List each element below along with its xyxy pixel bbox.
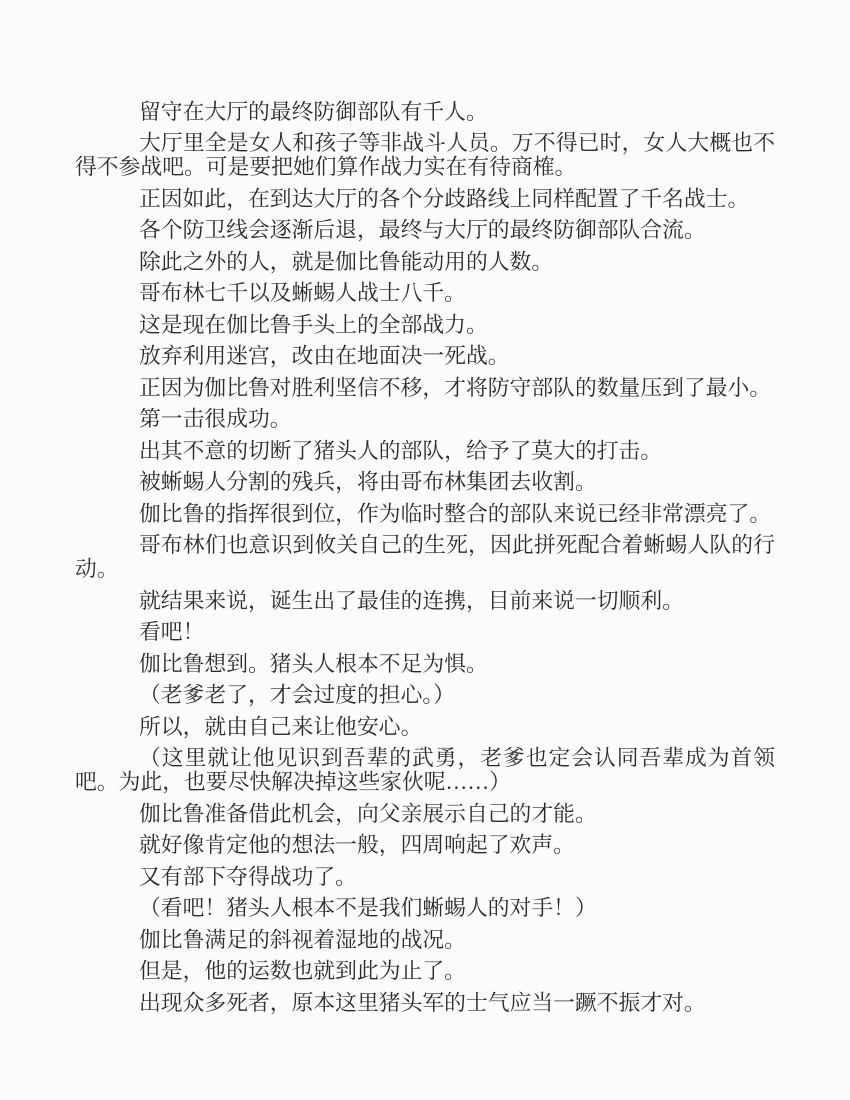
paragraph: 正因如此，在到达大厅的各个分歧路线上同样配置了千名战士。 — [75, 187, 775, 211]
paragraph: （老爹老了，才会过度的担心。） — [75, 683, 775, 707]
paragraph: 又有部下夺得战功了。 — [75, 865, 775, 889]
paragraph: 但是，他的运数也就到此为止了。 — [75, 959, 775, 983]
paragraph: 就好像肯定他的想法一般，四周响起了欢声。 — [75, 833, 775, 857]
paragraph: 伽比鲁想到。猪头人根本不足为惧。 — [75, 652, 775, 676]
paragraph: 出其不意的切断了猪头人的部队，给予了莫大的打击。 — [75, 439, 775, 463]
paragraph: 正因为伽比鲁对胜利坚信不移，才将防守部队的数量压到了最小。 — [75, 376, 775, 400]
novel-page: 留守在大厅的最终防御部队有千人。 大厅里全是女人和孩子等非战斗人员。万不得已时，… — [0, 0, 850, 1100]
paragraph: 各个防卫线会逐渐后退，最终与大厅的最终防御部队合流。 — [75, 218, 775, 242]
paragraph: 这是现在伽比鲁手头上的全部战力。 — [75, 313, 775, 337]
paragraph: 看吧！ — [75, 620, 775, 644]
paragraph: 出现众多死者，原本这里猪头军的士气应当一蹶不振才对。 — [75, 991, 775, 1015]
paragraph: 哥布林们也意识到攸关自己的生死，因此拼死配合着蜥蜴人队的行动。 — [75, 533, 775, 581]
paragraph: 放弃利用迷宫，改由在地面决一死战。 — [75, 344, 775, 368]
paragraph: 伽比鲁满足的斜视着湿地的战况。 — [75, 928, 775, 952]
paragraph: 所以，就由自己来让他安心。 — [75, 715, 775, 739]
paragraph: 哥布林七千以及蜥蜴人战士八千。 — [75, 281, 775, 305]
paragraph: （看吧！猪头人根本不是我们蜥蜴人的对手！） — [75, 896, 775, 920]
novel-text-block: 留守在大厅的最终防御部队有千人。 大厅里全是女人和孩子等非战斗人员。万不得已时，… — [75, 92, 775, 1022]
paragraph: 第一击很成功。 — [75, 407, 775, 431]
paragraph: 伽比鲁准备借此机会，向父亲展示自己的才能。 — [75, 802, 775, 826]
paragraph: 大厅里全是女人和孩子等非战斗人员。万不得已时，女人大概也不得不参战吧。可是要把她… — [75, 131, 775, 179]
paragraph: （这里就让他见识到吾辈的武勇，老爹也定会认同吾辈成为首领吧。为此，也要尽快解决掉… — [75, 746, 775, 794]
paragraph: 除此之外的人，就是伽比鲁能动用的人数。 — [75, 250, 775, 274]
paragraph: 就结果来说，诞生出了最佳的连携，目前来说一切顺利。 — [75, 589, 775, 613]
paragraph: 留守在大厅的最终防御部队有千人。 — [75, 100, 775, 124]
paragraph: 伽比鲁的指挥很到位，作为临时整合的部队来说已经非常漂亮了。 — [75, 502, 775, 526]
paragraph: 被蜥蜴人分割的残兵，将由哥布林集团去收割。 — [75, 470, 775, 494]
